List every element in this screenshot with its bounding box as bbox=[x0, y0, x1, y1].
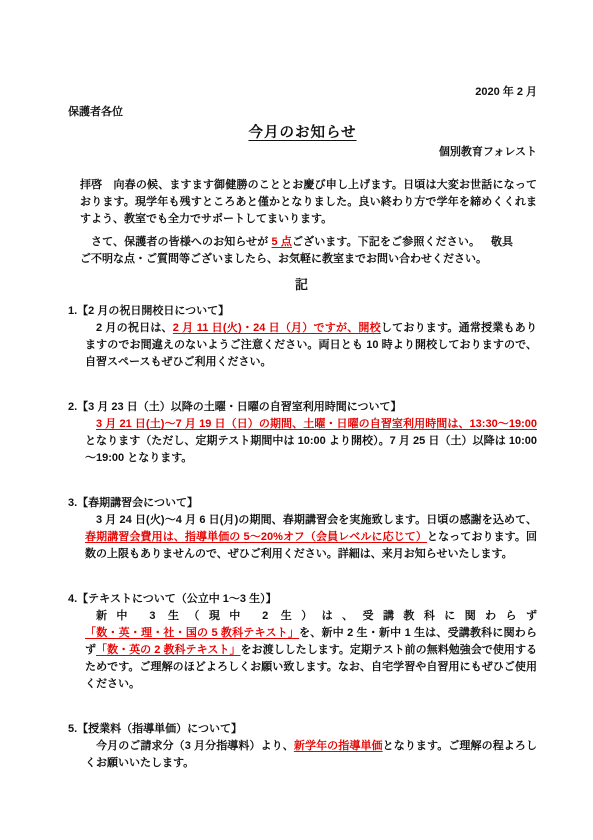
intro-paragraph: 敬具さて、保護者の皆様へのお知らせが 5 点ございます。下記をご参照ください。ご… bbox=[80, 234, 537, 268]
closing-salutation: 敬具 bbox=[480, 234, 513, 251]
section-heading: 1.【2 月の祝日開校日について】 bbox=[68, 303, 537, 320]
highlighted-text: 3 月 21 日(土)～7 月 19 日（日）の期間、土曜・日曜の自習室利用時間… bbox=[96, 418, 537, 430]
highlighted-text: 春期講習会費用は、指導単価の 5～20%オフ（会員レベルに応じて） bbox=[85, 531, 427, 543]
sections-list: 1.【2 月の祝日開校日について】2 月の祝日は、2 月 11 日(火)・24 … bbox=[68, 303, 537, 772]
section-body: 2 月の祝日は、2 月 11 日(火)・24 日（月）ですが、開校しております。… bbox=[85, 320, 537, 371]
organization-name: 個別教育フォレスト bbox=[68, 144, 537, 161]
notice-section-2: 2.【3 月 23 日（土）以降の土曜・日曜の自習室利用時間について】3 月 2… bbox=[68, 399, 537, 467]
notice-document: 2020 年 2 月 保護者各位 今月のお知らせ 個別教育フォレスト 拝啓 向春… bbox=[0, 0, 593, 840]
section-body: 3 月 21 日(土)～7 月 19 日（日）の期間、土曜・日曜の自習室利用時間… bbox=[85, 416, 537, 467]
notice-section-3: 3.【春期講習会について】3 月 24 日(火)～4 月 6 日(月)の期間、春… bbox=[68, 495, 537, 563]
highlighted-text: 「数・英・理・社・国の 5 教科テキスト」 bbox=[85, 627, 299, 639]
highlighted-text: 新学年の指導単価 bbox=[294, 740, 383, 752]
page-title: 今月のお知らせ bbox=[68, 123, 537, 143]
section-body: 今月のご請求分（3 月分指導料）より、新学年の指導単価となります。ご理解の程よろ… bbox=[85, 738, 537, 772]
notice-section-4: 4.【テキストについて（公立中 1～3 生）】新中 3 生（現中 2 生）は、受… bbox=[68, 591, 537, 693]
text-run: となります（ただし、定期テスト期間中は 10:00 より開校）。7 月 25 日… bbox=[85, 435, 537, 464]
section-body: 新中 3 生（現中 2 生）は、受講教科に関わらず「数・英・理・社・国の 5 教… bbox=[85, 608, 537, 693]
notice-section-1: 1.【2 月の祝日開校日について】2 月の祝日は、2 月 11 日(火)・24 … bbox=[68, 303, 537, 371]
section-heading: 2.【3 月 23 日（土）以降の土曜・日曜の自習室利用時間について】 bbox=[68, 399, 537, 416]
highlighted-text: 「数・英の 2 教科テキスト」 bbox=[96, 644, 240, 656]
section-heading: 4.【テキストについて（公立中 1～3 生）】 bbox=[68, 591, 537, 608]
text-run: 2 月の祝日は、 bbox=[96, 322, 173, 334]
text-run: さて、保護者の皆様へのお知らせが bbox=[91, 236, 272, 248]
greeting-paragraph: 拝啓 向春の候、ますます御健勝のこととお慶び申し上げます。日頃は大変お世話になっ… bbox=[80, 177, 537, 228]
text-run: 新中 3 生（現中 2 生）は、受講教科に関わらず bbox=[96, 610, 537, 622]
section-heading: 5.【授業料（指導単価）について】 bbox=[68, 721, 537, 738]
highlighted-text: 2 月 11 日(火)・24 日（月）ですが、開校 bbox=[173, 322, 381, 334]
text-run: 今月のご請求分（3 月分指導料）より、 bbox=[96, 740, 294, 752]
recipient-line: 保護者各位 bbox=[68, 104, 537, 121]
notice-section-5: 5.【授業料（指導単価）について】今月のご請求分（3 月分指導料）より、新学年の… bbox=[68, 721, 537, 772]
section-heading: 3.【春期講習会について】 bbox=[68, 495, 537, 512]
document-date: 2020 年 2 月 bbox=[68, 84, 537, 101]
section-body: 3 月 24 日(火)～4 月 6 日(月)の期間、春期講習会を実施致します。日… bbox=[85, 512, 537, 563]
record-marker: 記 bbox=[68, 275, 537, 295]
highlighted-text: 5 点 bbox=[272, 236, 292, 248]
text-run: 3 月 24 日(火)～4 月 6 日(月)の期間、春期講習会を実施致します。日… bbox=[96, 514, 537, 526]
